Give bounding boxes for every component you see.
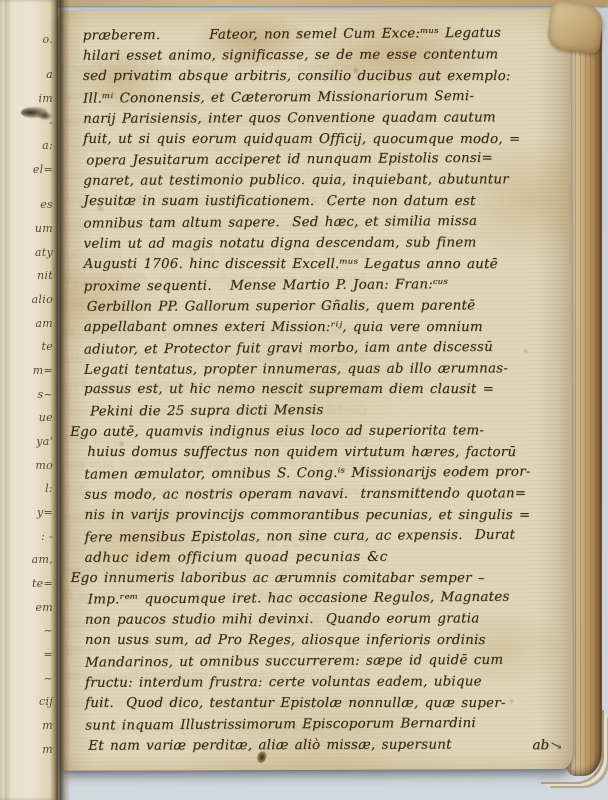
manuscript-line: tamen æmulator, omnibus S. Cong.ⁱˢ Missi… xyxy=(84,462,568,486)
line-ending-fragment: im xyxy=(38,93,53,105)
curled-page-corner-top xyxy=(546,0,604,54)
manuscript-line: fere mensibus Epistolas, non sine cura, … xyxy=(84,525,568,549)
line-ending-fragment: m xyxy=(42,744,53,756)
line-ending-fragment: l: xyxy=(45,483,53,495)
manuscript-line: Pekini die 25 supra dicti Mensis xyxy=(84,400,568,424)
manuscript-line: nis in varijs provincijs commorantibus p… xyxy=(84,506,568,527)
line-ending-fragment: a: xyxy=(42,140,53,152)
manuscript-line: Mandarinos, ut omnibus succurrerem: sæpe… xyxy=(85,651,569,675)
manuscript-line: Jesuitæ in suam iustificationem. Certe n… xyxy=(83,192,567,213)
manuscript-line: præberem. Fateor, non semel Cum Exce:ᵐᵘˢ… xyxy=(83,23,567,47)
facing-page-line-endings: o.aim-a:el=esumatynitalioamtem=s~ueya'mo… xyxy=(0,34,53,756)
line-ending-fragment: a xyxy=(46,69,53,81)
manuscript-line: appellabant omnes exteri Mission:ʳⁱʲ, qu… xyxy=(84,318,568,339)
manuscript-line: Ill.ᵐⁱ Cononensis, et Cæterorum Missiona… xyxy=(83,86,567,110)
line-ending-fragment: y= xyxy=(37,507,53,519)
line-ending-fragment: aty xyxy=(35,247,53,259)
line-ending-fragment: = xyxy=(43,649,53,661)
line-ending-fragment: alio xyxy=(32,294,53,306)
manuscript-line: non usus sum, ad Pro Reges, aliosque inf… xyxy=(85,631,569,652)
line-ending-fragment: cij xyxy=(39,696,53,708)
line-ending-fragment: el= xyxy=(33,164,53,176)
line-ending-fragment: te xyxy=(41,341,53,353)
manuscript-line: Imp.ʳᵉᵐ quocumque iret. hac occasione Re… xyxy=(85,588,569,612)
manuscript-line: adhuc idem officium quoad pecunias &c xyxy=(85,547,569,570)
manuscript-line: fuit, ut si quis eorum quidquam Officij,… xyxy=(83,129,567,150)
manuscript-line: Legati tentatus, propter innumeras, quas… xyxy=(84,359,568,382)
manuscript-line: Gerbillon PP. Gallorum superior Gñalis, … xyxy=(84,296,568,319)
manuscript-line: sus modo, ac nostris operam navavi. tran… xyxy=(84,484,568,507)
manuscript-line: non paucos studio mihi devinxi. Quando e… xyxy=(85,609,569,632)
line-ending-fragment: m= xyxy=(33,365,53,377)
manuscript-line: Ego autē, quamvis indignus eius loco ad … xyxy=(70,421,568,444)
manuscript-line: proxime sequenti. Mense Martio P. Joan: … xyxy=(84,274,568,298)
manuscript-line: gnaret, aut testimonio publico. quia, in… xyxy=(83,170,567,193)
line-ending-fragment: em xyxy=(35,602,53,614)
manuscript-line: adiutor, et Protector fuit gravi morbo, … xyxy=(84,337,568,361)
manuscript-line: sunt inquam Illustrissimorum Episcoporum… xyxy=(85,713,569,737)
upper-page-edge xyxy=(58,0,608,6)
manuscript-line: huius domus suffectus non quidem virtutu… xyxy=(84,443,568,464)
line-ending-fragment: ya' xyxy=(36,436,53,448)
manuscript-line: Ego innumeris laboribus ac ærumnis comit… xyxy=(71,568,569,589)
manuscript-line: omnibus tam altum sapere. Sed hæc, et si… xyxy=(83,212,567,236)
manuscript-scan: o.aim-a:el=esumatynitalioamtem=s~ueya'mo… xyxy=(0,0,608,800)
manuscript-line: passus est, ut hic nemo nescit supremam … xyxy=(84,380,568,401)
manuscript-line: narij Parisiensis, inter quos Convention… xyxy=(83,108,567,131)
line-ending-fragment: es xyxy=(40,199,53,211)
manuscript-line: Et nam variæ perditæ, aliæ aliò missæ, s… xyxy=(85,735,569,758)
line-ending-fragment: mo xyxy=(35,460,53,472)
manuscript-text-block: præberem. Fateor, non semel Cum Exce:ᵐᵘˢ… xyxy=(83,24,570,771)
facing-page-edge: o.aim-a:el=esumatynitalioamtem=s~ueya'mo… xyxy=(0,0,58,800)
line-ending-fragment: nit xyxy=(37,270,53,282)
line-ending-fragment: am, xyxy=(32,554,53,566)
line-ending-fragment: ~ xyxy=(43,673,53,685)
line-ending-fragment: ue xyxy=(39,412,53,424)
line-ending-fragment: m xyxy=(42,720,53,732)
manuscript-page: præberem. Fateor, non semel Cum Exce:ᵐᵘˢ… xyxy=(59,9,574,771)
manuscript-line: Augusti 1706. hinc discessit Excell.ᵐᵘˢ … xyxy=(84,255,568,276)
manuscript-line: velim ut ad magis notatu digna descendam… xyxy=(83,233,567,256)
line-ending-fragment: ~ xyxy=(43,625,53,637)
line-ending-fragment: te= xyxy=(32,578,53,590)
line-ending-fragment: o. xyxy=(42,34,53,46)
manuscript-line: fructu: interdum frustra: certe voluntas… xyxy=(85,672,569,695)
manuscript-line: sed privatim absque arbitris, consilio d… xyxy=(83,67,567,88)
line-ending-fragment: : - xyxy=(41,531,53,543)
manuscript-line: hilari esset animo, significasse, se de … xyxy=(83,45,567,68)
page-stack-corner-bottom xyxy=(541,710,604,784)
line-ending-fragment: um xyxy=(35,223,53,235)
line-ending-fragment: s~ xyxy=(38,389,53,401)
line-ending-fragment: am xyxy=(35,318,53,330)
line-ending-fragment: - xyxy=(49,117,53,129)
manuscript-line: opera Jesuitarum acciperet id nunquam Ep… xyxy=(83,149,567,173)
manuscript-line: fuit. Quod dico, testantur Epistolæ nonn… xyxy=(85,694,569,715)
